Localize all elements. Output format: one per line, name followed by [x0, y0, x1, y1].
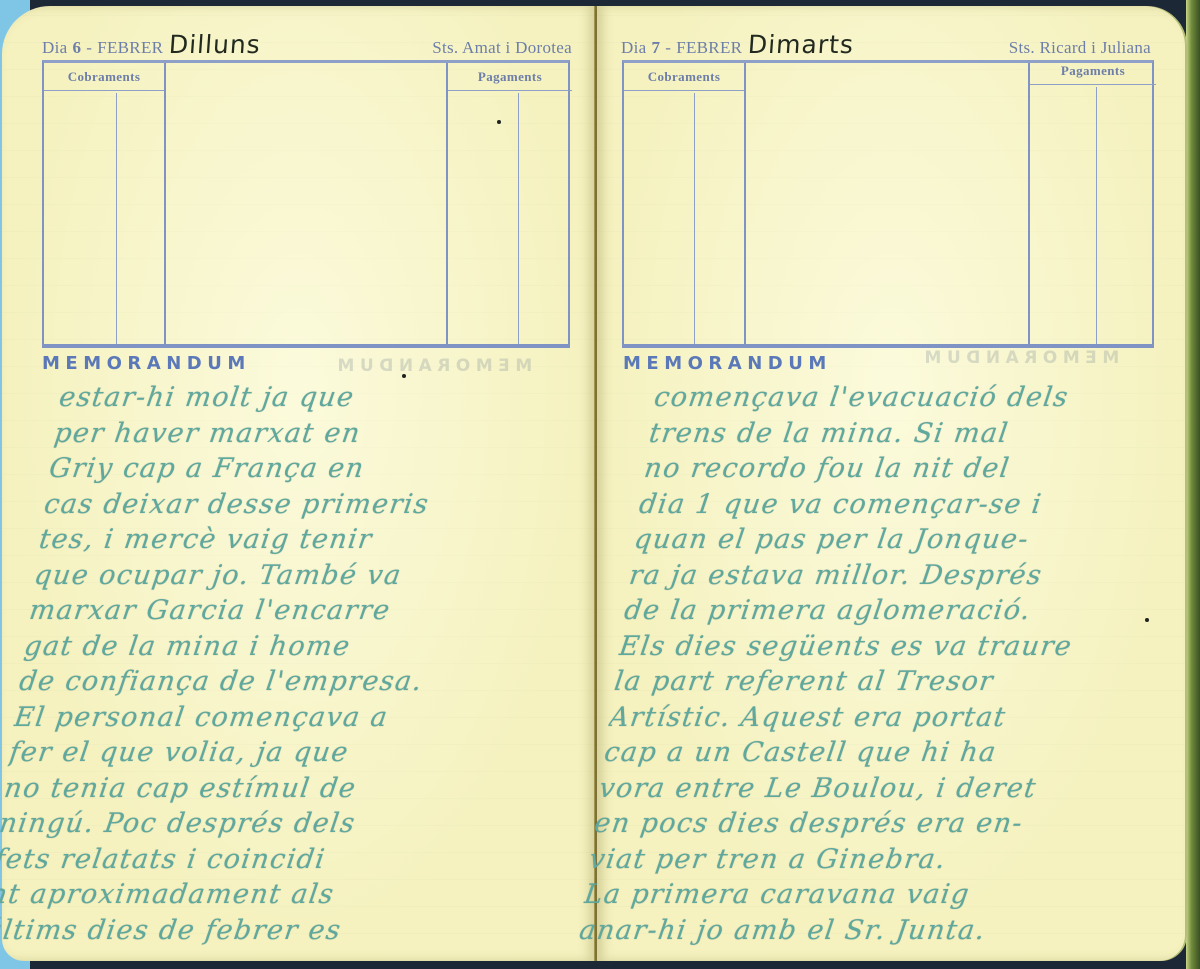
handwritten-weekday: Dilluns	[168, 30, 262, 59]
memo-line: La primera caravana vaig	[582, 877, 1147, 913]
expense-column: Pagaments	[1028, 63, 1156, 344]
date-separator: -	[665, 38, 671, 58]
memo-line: ningú. Poc després dels	[0, 806, 562, 842]
income-column: Cobraments	[622, 63, 746, 344]
memo-line: vora entre Le Boulou, i deret	[597, 771, 1162, 807]
left-page: Dia 6 - FEBRER Dilluns Sts. Amat i Dorot…	[2, 6, 595, 961]
date-separator: -	[86, 38, 92, 58]
month-label: FEBRER	[676, 38, 742, 58]
memo-line: la part referent al Tresor	[612, 664, 1177, 700]
memo-line: viat per tren a Ginebra.	[587, 842, 1152, 878]
ink-speck	[497, 120, 501, 124]
memo-line: nt aproximadament als	[0, 877, 552, 913]
memorandum-bleedthrough: MEMORANDUM	[919, 348, 1119, 368]
page-header: Dia 7 - FEBRER Dimarts Sts. Ricard i Jul…	[621, 30, 1151, 60]
month-label: FEBRER	[97, 38, 163, 58]
memo-line: marxar Garcia l'encarre	[27, 593, 592, 629]
handwritten-weekday: Dimarts	[747, 30, 855, 59]
ledger-table: Cobraments Pagaments	[42, 60, 570, 348]
memo-line: que ocupar jo. També va	[32, 558, 597, 594]
memo-line: començava l'evacuació dels	[652, 380, 1200, 416]
ink-speck	[402, 374, 406, 378]
memo-line: tes, i mercè vaig tenir	[37, 522, 602, 558]
income-column-divider	[116, 93, 117, 344]
ink-speck	[1145, 618, 1149, 622]
memo-line: quan el pas per la Jonque-	[632, 522, 1197, 558]
memo-line: Artístic. Aquest era portat	[607, 700, 1172, 736]
memo-line: fer el que volia, ja que	[7, 735, 572, 771]
income-header: Cobraments	[44, 63, 164, 91]
page-header: Dia 6 - FEBRER Dilluns Sts. Amat i Dorot…	[42, 30, 572, 60]
saints-of-day: Sts. Ricard i Juliana	[1009, 38, 1151, 58]
handwritten-memo: començava l'evacuació dels trens de la m…	[577, 380, 1200, 948]
expense-column-divider	[518, 93, 519, 344]
expense-header: Pagaments	[448, 63, 572, 91]
memo-line: no recordo fou la nit del	[642, 451, 1200, 487]
saints-of-day: Sts. Amat i Dorotea	[432, 38, 572, 58]
memorandum-title: MEMORANDUM	[42, 353, 251, 374]
memo-line: trens de la mina. Si mal	[647, 416, 1200, 452]
memo-line: de la primera aglomeració.	[622, 593, 1187, 629]
memorandum-title: MEMORANDUM	[623, 353, 832, 374]
expense-header: Pagaments	[1030, 57, 1156, 85]
handwritten-memo: estar-hi molt ja que per haver marxat en…	[0, 380, 622, 948]
memo-line: per haver marxat en	[52, 416, 617, 452]
memo-line: de confiança de l'empresa.	[17, 664, 582, 700]
memo-line: ra ja estava millor. Després	[627, 558, 1192, 594]
memorandum-bleedthrough: MEMORANDUM	[332, 356, 532, 376]
memo-line: gat de la mina i home	[22, 629, 587, 665]
day-number: 6	[72, 38, 81, 58]
day-number: 7	[651, 38, 660, 58]
ledger-table: Cobraments Pagaments	[622, 60, 1154, 348]
memo-line: cap a un Castell que hi ha	[602, 735, 1167, 771]
memo-line: fets relatats i coincidi	[0, 842, 557, 878]
memo-line: anar-hi jo amb el Sr. Junta.	[577, 913, 1142, 949]
memo-line: dia 1 que va començar-se i	[637, 487, 1200, 523]
memo-line: Els dies següents es va traure	[617, 629, 1182, 665]
expense-column: Pagaments	[446, 63, 572, 344]
dia-label: Dia	[42, 38, 67, 58]
income-header: Cobraments	[624, 63, 744, 91]
dia-label: Dia	[621, 38, 646, 58]
income-column: Cobraments	[42, 63, 166, 344]
memo-line: El personal començava a	[12, 700, 577, 736]
income-column-divider	[694, 93, 695, 344]
memo-line: no tenia cap estímul de	[2, 771, 567, 807]
expense-column-divider	[1096, 87, 1097, 344]
memo-line: Griy cap a França en	[47, 451, 612, 487]
right-page: Dia 7 - FEBRER Dimarts Sts. Ricard i Jul…	[597, 6, 1187, 961]
memo-line: cas deixar desse primeris	[42, 487, 607, 523]
memo-line: en pocs dies després era en-	[592, 806, 1157, 842]
memo-line: estar-hi molt ja que	[57, 380, 622, 416]
memo-line: últims dies de febrer es	[0, 913, 547, 949]
